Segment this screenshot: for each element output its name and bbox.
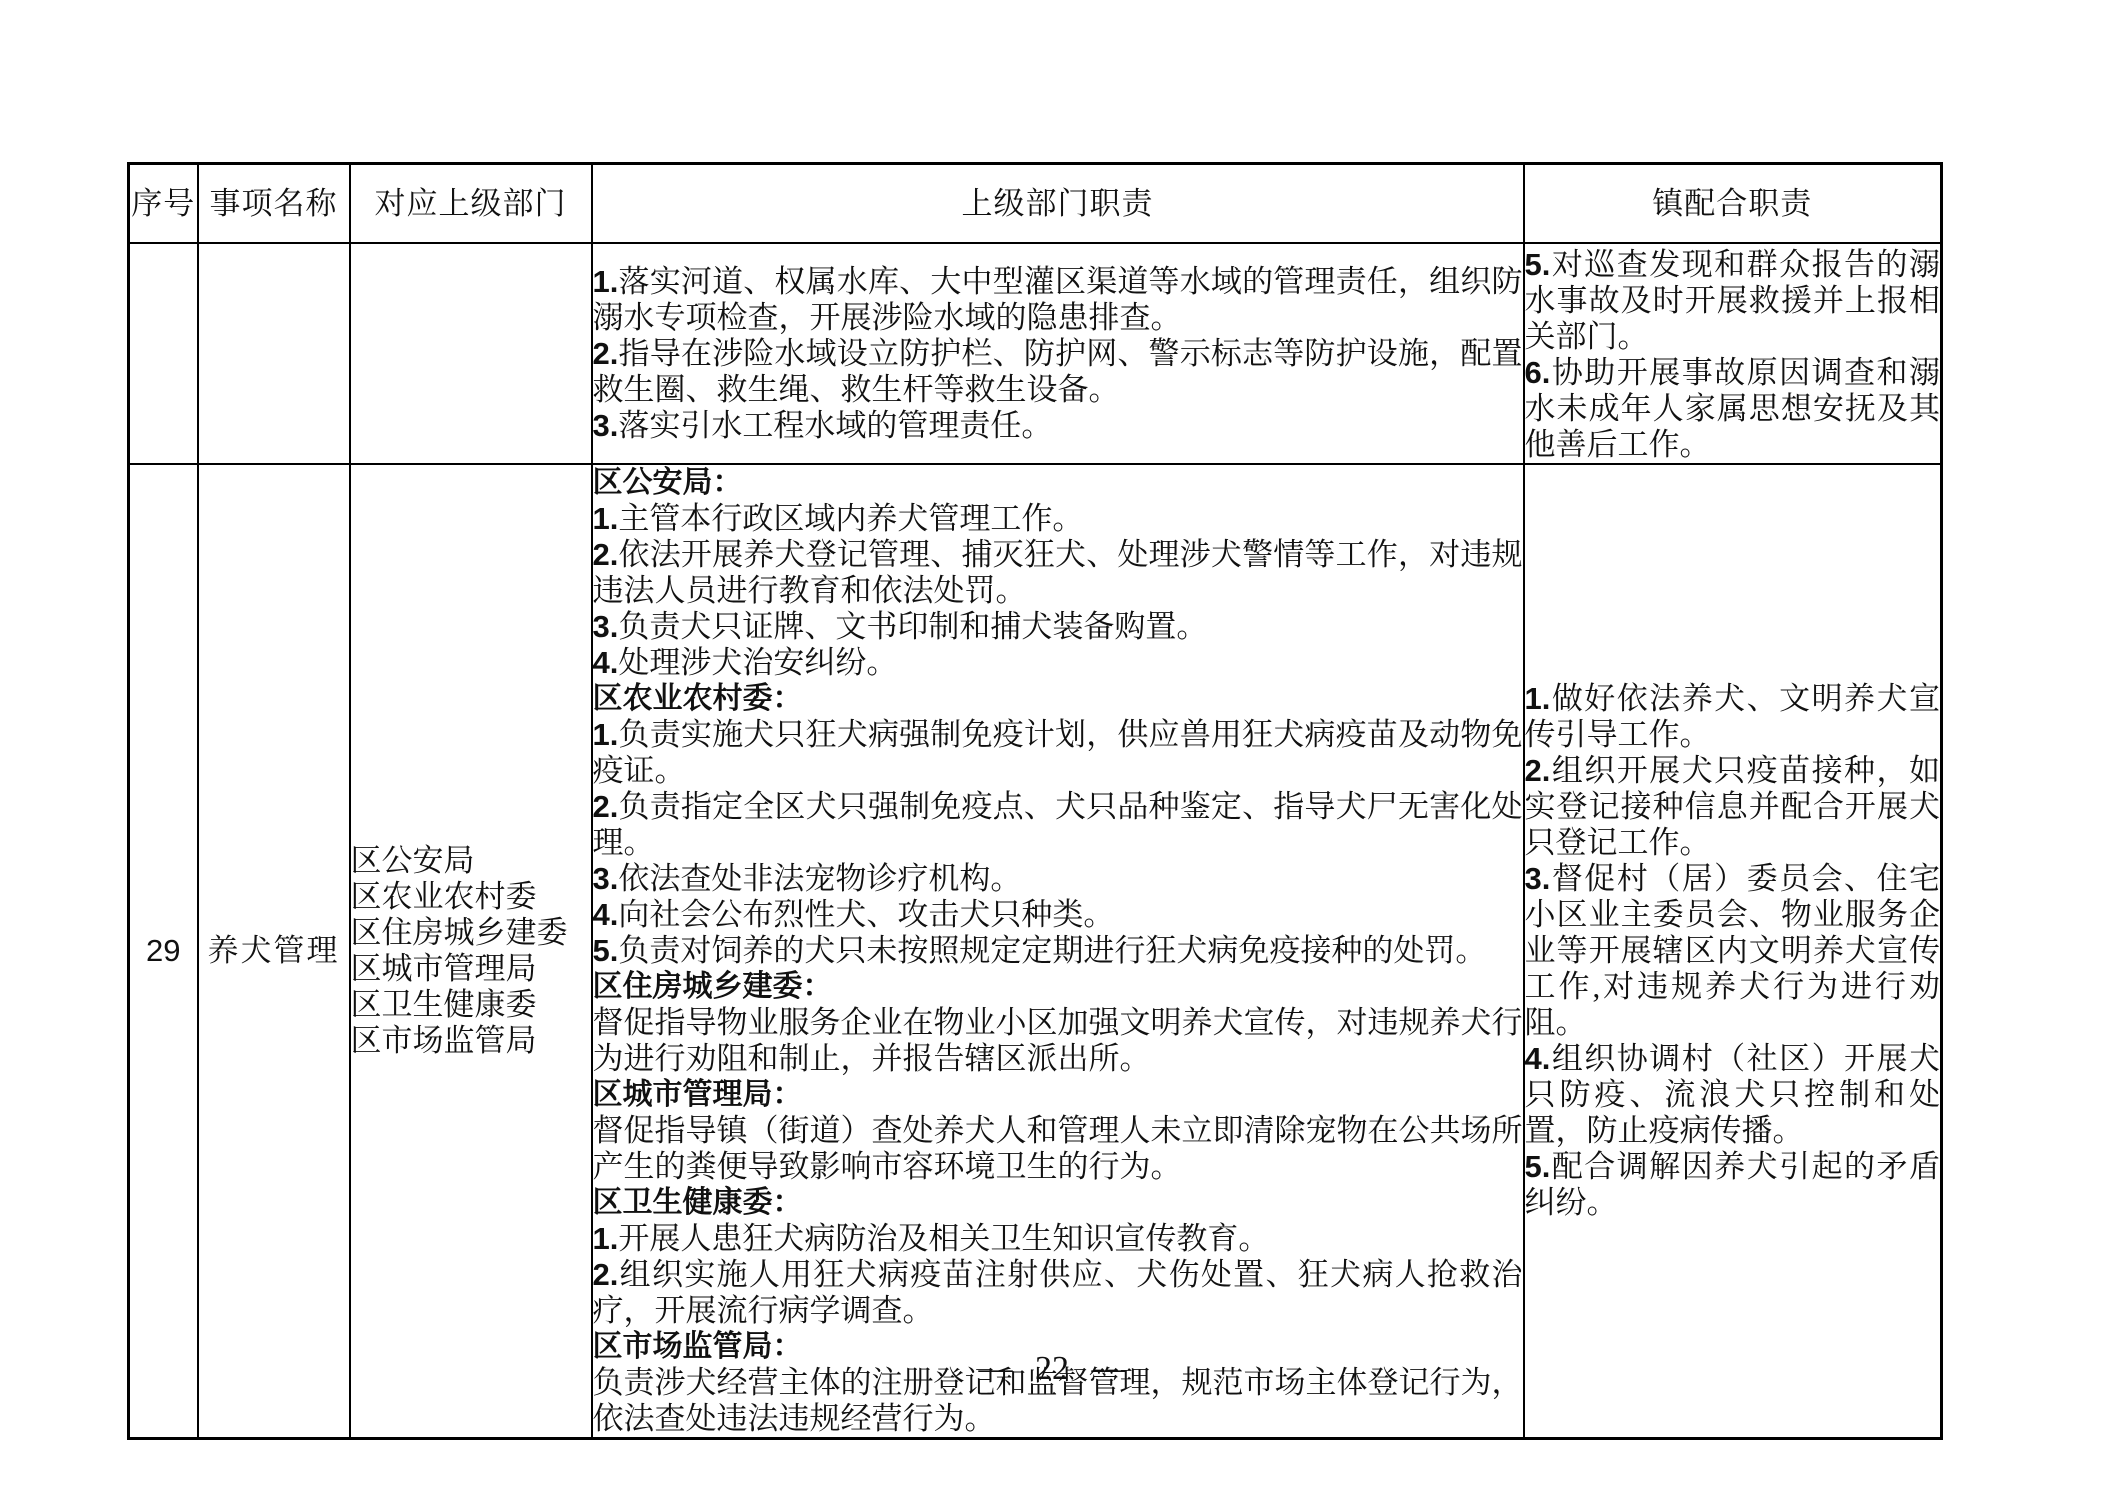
- list-numeral: 2.: [1525, 753, 1551, 788]
- duty-text-line: 督促指导物业服务企业在物业小区加强文明养犬宣传，对违规养犬行为进行劝阻和制止，并…: [593, 1005, 1523, 1077]
- col-header-item-name: 事项名称: [198, 164, 350, 244]
- department-item: 区城市管理局: [351, 951, 591, 987]
- duty-text-line: 4.处理涉犬治安纠纷。: [593, 645, 1523, 681]
- list-numeral: 4.: [593, 645, 619, 680]
- list-numeral: 2.: [593, 1257, 619, 1292]
- duty-text-line: 3.依法查处非法宠物诊疗机构。: [593, 861, 1523, 897]
- duty-text-line: 5.对巡查发现和群众报告的溺水事故及时开展救援并上报相关部门。: [1525, 247, 1941, 355]
- duty-text-line: 2.依法开展养犬登记管理、捕灭狂犬、处理涉犬警情等工作，对违规违法人员进行教育和…: [593, 537, 1523, 609]
- duty-text-line: 1.做好依法养犬、文明养犬宣传引导工作。: [1525, 681, 1941, 753]
- document-page: 序号 事项名称 对应上级部门 上级部门职责 镇配合职责 1.落实河道、权属水库、…: [0, 0, 2104, 1488]
- duty-text-line: 3.负责犬只证牌、文书印制和捕犬装备购置。: [593, 609, 1523, 645]
- list-numeral: 3.: [593, 609, 619, 644]
- list-numeral: 3.: [593, 861, 619, 896]
- duty-text-line: 3.落实引水工程水域的管理责任。: [593, 408, 1523, 444]
- list-numeral: 1.: [593, 1221, 619, 1256]
- cell-town-duties: 5.对巡查发现和群众报告的溺水事故及时开展救援并上报相关部门。6.协助开展事故原…: [1524, 243, 1942, 464]
- duty-text-line: 1.开展人患狂犬病防治及相关卫生知识宣传教育。: [593, 1221, 1523, 1257]
- cell-departments: [350, 243, 592, 464]
- department-heading: 区农业农村委：: [593, 681, 1523, 717]
- cell-item-name: 养犬管理: [198, 464, 350, 1439]
- col-header-superior-duties: 上级部门职责: [592, 164, 1524, 244]
- department-heading: 区公安局：: [593, 465, 1523, 501]
- duty-text-line: 6.协助开展事故原因调查和溺水未成年人家属思想安抚及其他善后工作。: [1525, 355, 1941, 463]
- table-row-29: 29 养犬管理 区公安局区农业农村委区住房城乡建委区城市管理局区卫生健康委区市场…: [129, 464, 1942, 1439]
- list-numeral: 2.: [593, 537, 619, 572]
- department-item: 区住房城乡建委: [351, 915, 591, 951]
- department-item: 区市场监管局: [351, 1023, 591, 1059]
- cell-superior-duties: 区公安局：1.主管本行政区域内养犬管理工作。2.依法开展养犬登记管理、捕灭狂犬、…: [592, 464, 1524, 1439]
- duty-text-line: 4.组织协调村（社区）开展犬只防疫、流浪犬只控制和处置，防止疫病传播。: [1525, 1041, 1941, 1149]
- department-heading: 区城市管理局：: [593, 1077, 1523, 1113]
- duty-text-line: 5.配合调解因养犬引起的矛盾纠纷。: [1525, 1149, 1941, 1221]
- header-row: 序号 事项名称 对应上级部门 上级部门职责 镇配合职责: [129, 164, 1942, 244]
- col-header-seq: 序号: [129, 164, 198, 244]
- cell-seq: [129, 243, 198, 464]
- list-numeral: 5.: [593, 933, 619, 968]
- list-numeral: 1.: [593, 717, 619, 752]
- cell-superior-duties: 1.落实河道、权属水库、大中型灌区渠道等水域的管理责任，组织防溺水专项检查，开展…: [592, 243, 1524, 464]
- duty-text-line: 3.督促村（居）委员会、住宅小区业主委员会、物业服务企业等开展辖区内文明养犬宣传…: [1525, 861, 1941, 1041]
- list-numeral: 2.: [593, 789, 619, 824]
- cell-item-name: [198, 243, 350, 464]
- duty-text-line: 2.组织开展犬只疫苗接种，如实登记接种信息并配合开展犬只登记工作。: [1525, 753, 1941, 861]
- list-numeral: 3.: [593, 408, 619, 443]
- table-row-continuation: 1.落实河道、权属水库、大中型灌区渠道等水域的管理责任，组织防溺水专项检查，开展…: [129, 243, 1942, 464]
- duty-text-line: 2.指导在涉险水域设立防护栏、防护网、警示标志等防护设施，配置救生圈、救生绳、救…: [593, 336, 1523, 408]
- list-numeral: 2.: [593, 336, 619, 371]
- list-numeral: 6.: [1525, 355, 1551, 390]
- page-number: — 22 —: [0, 1348, 2104, 1390]
- cell-departments: 区公安局区农业农村委区住房城乡建委区城市管理局区卫生健康委区市场监管局: [350, 464, 592, 1439]
- cell-town-duties: 1.做好依法养犬、文明养犬宣传引导工作。2.组织开展犬只疫苗接种，如实登记接种信…: [1524, 464, 1942, 1439]
- duty-text-line: 4.向社会公布烈性犬、攻击犬只种类。: [593, 897, 1523, 933]
- department-item: 区农业农村委: [351, 879, 591, 915]
- department-item: 区卫生健康委: [351, 987, 591, 1023]
- duty-text-line: 1.负责实施犬只狂犬病强制免疫计划，供应兽用狂犬病疫苗及动物免疫证。: [593, 717, 1523, 789]
- duty-text-line: 1.主管本行政区域内养犬管理工作。: [593, 501, 1523, 537]
- list-numeral: 1.: [593, 501, 619, 536]
- duty-text-line: 1.落实河道、权属水库、大中型灌区渠道等水域的管理责任，组织防溺水专项检查，开展…: [593, 264, 1523, 336]
- col-header-superior-department: 对应上级部门: [350, 164, 592, 244]
- duty-text-line: 2.组织实施人用狂犬病疫苗注射供应、犬伤处置、狂犬病人抢救治疗，开展流行病学调查…: [593, 1257, 1523, 1329]
- list-numeral: 5.: [1525, 1149, 1551, 1184]
- list-numeral: 3.: [1525, 861, 1551, 896]
- department-heading: 区卫生健康委：: [593, 1185, 1523, 1221]
- department-item: 区公安局: [351, 843, 591, 879]
- department-heading: 区住房城乡建委：: [593, 969, 1523, 1005]
- list-numeral: 1.: [593, 264, 619, 299]
- cell-seq: 29: [129, 464, 198, 1439]
- list-numeral: 4.: [1525, 1041, 1551, 1076]
- list-numeral: 5.: [1525, 247, 1551, 282]
- duty-text-line: 5.负责对饲养的犬只未按照规定定期进行狂犬病免疫接种的处罚。: [593, 933, 1523, 969]
- col-header-town-duties: 镇配合职责: [1524, 164, 1942, 244]
- list-numeral: 4.: [593, 897, 619, 932]
- duty-text-line: 督促指导镇（街道）查处养犬人和管理人未立即清除宠物在公共场所产生的粪便导致影响市…: [593, 1113, 1523, 1185]
- responsibility-table: 序号 事项名称 对应上级部门 上级部门职责 镇配合职责 1.落实河道、权属水库、…: [127, 162, 1943, 1440]
- list-numeral: 1.: [1525, 681, 1551, 716]
- duty-text-line: 2.负责指定全区犬只强制免疫点、犬只品种鉴定、指导犬尸无害化处理。: [593, 789, 1523, 861]
